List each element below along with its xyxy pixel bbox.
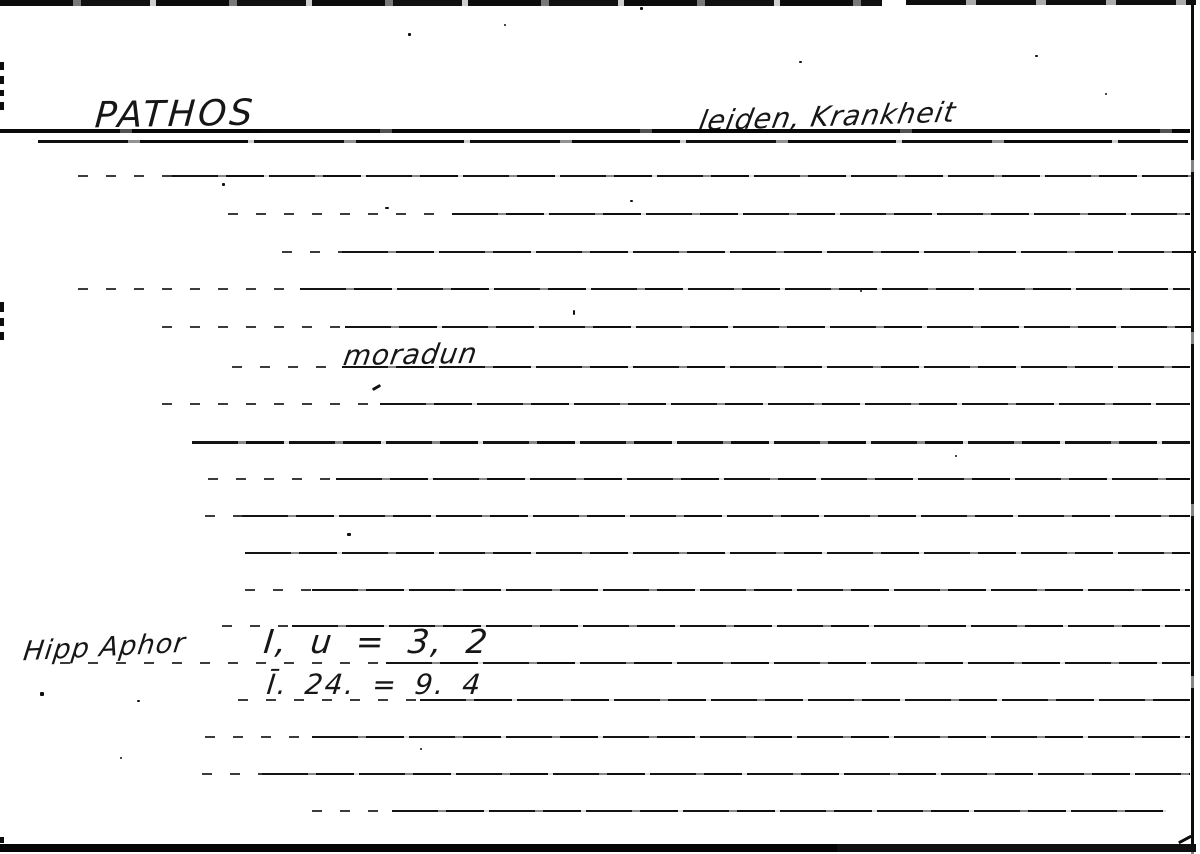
scan-edge-top — [0, 0, 882, 6]
header-rule-secondary — [38, 140, 1188, 143]
scan-speck — [799, 61, 802, 63]
scan-corner-mark — [1178, 835, 1192, 844]
header-rule — [0, 129, 1190, 133]
scan-speck — [630, 200, 633, 202]
ruled-line-lead — [232, 366, 342, 368]
ruled-line — [312, 589, 1190, 591]
ruled-line — [336, 478, 1190, 480]
ruled-line-lead — [282, 251, 342, 253]
scan-edge-dash — [0, 332, 4, 340]
ruled-line — [345, 326, 1192, 328]
center-note: moradun — [341, 337, 480, 372]
ruled-line — [242, 515, 1190, 517]
ruled-line — [300, 288, 1190, 290]
ruled-line — [386, 662, 1190, 664]
scan-edge-dash — [0, 318, 4, 326]
scanned-index-card: PATHOS leiden, Krankheit moradun Hipp Ap… — [0, 0, 1200, 854]
ruled-line-lead — [205, 736, 312, 738]
scan-speck — [120, 757, 122, 759]
ruled-line-lead — [78, 175, 172, 177]
ruled-line — [342, 251, 1196, 253]
ruled-line-lead — [162, 403, 380, 405]
scan-edge-dash — [0, 837, 4, 843]
scan-edge-bottom — [0, 844, 1196, 852]
ruled-line — [262, 773, 1190, 775]
scan-speck — [40, 692, 44, 696]
ruled-line-lead — [245, 589, 312, 591]
ruled-line — [312, 736, 1190, 738]
scan-speck — [408, 33, 411, 36]
ruled-line — [452, 213, 1190, 215]
ruled-line-lead — [208, 478, 336, 480]
scan-speck — [640, 7, 643, 10]
scan-speck — [860, 290, 862, 292]
reference-line-2: Ī. 24. = 9. 4 — [265, 668, 484, 701]
scan-edge-right — [1191, 0, 1194, 854]
scan-speck — [385, 207, 389, 209]
reference-line-1: I, u = 3, 2 — [262, 622, 491, 661]
ruled-line — [420, 699, 1190, 701]
scan-edge-dash — [0, 62, 4, 70]
scan-speck — [1105, 93, 1107, 95]
ruled-line-lead — [202, 773, 262, 775]
ruled-line — [392, 810, 1166, 812]
scan-speck — [504, 24, 506, 26]
scan-edge-dash — [0, 76, 4, 84]
scan-speck — [573, 310, 575, 315]
ruled-line — [172, 175, 1192, 177]
scan-speck — [137, 700, 140, 702]
scan-speck — [347, 533, 351, 536]
scan-edge-dash — [0, 90, 4, 96]
scan-edge-dash — [0, 102, 4, 110]
ruled-line-lead — [78, 288, 300, 290]
scan-speck — [1035, 55, 1038, 57]
scan-edge-dash — [0, 302, 4, 312]
ruled-line-lead — [205, 515, 242, 517]
scan-speck — [222, 183, 225, 186]
ruled-line-lead — [228, 213, 452, 215]
ruled-line — [245, 552, 1190, 554]
scan-speck — [372, 384, 381, 391]
scan-edge-top-right — [906, 0, 1196, 5]
ruled-line-lead — [162, 326, 345, 328]
scan-speck — [420, 748, 422, 750]
ruled-line — [380, 403, 1190, 405]
scan-speck — [955, 455, 957, 457]
ruled-line — [192, 441, 1190, 444]
ruled-line-lead — [312, 810, 392, 812]
